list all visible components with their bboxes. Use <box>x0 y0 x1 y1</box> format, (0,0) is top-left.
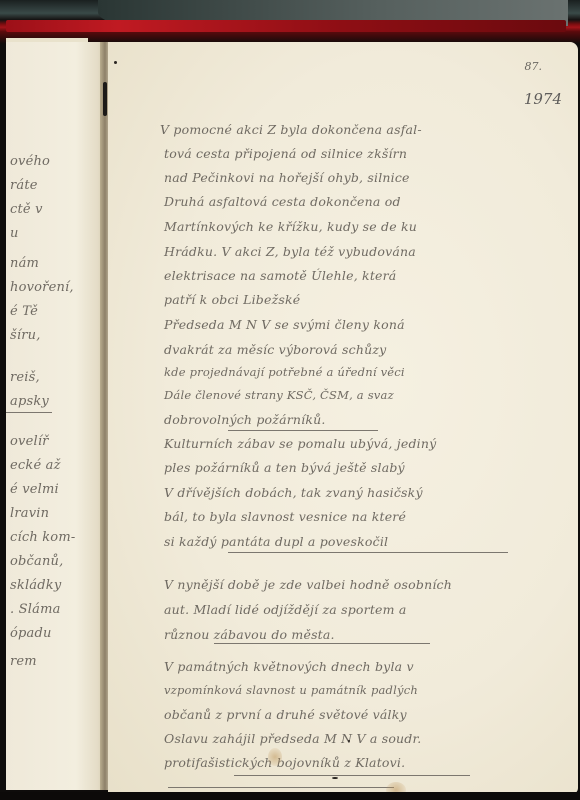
section-underline <box>234 775 470 776</box>
section-underline <box>228 552 508 553</box>
text-line: bál, to byla slavnost vesnice na které <box>164 509 406 524</box>
left-page-line: apsky <box>10 394 49 409</box>
text-line: kde projednávají potřebné a úřední věci <box>164 365 405 379</box>
section-underline <box>228 430 378 431</box>
left-page-line: občanů, <box>10 554 63 569</box>
section-underline <box>168 787 394 788</box>
left-page-line: nám <box>10 256 39 271</box>
left-page-line: skládky <box>10 578 61 593</box>
binding-stitch <box>103 82 107 116</box>
text-line: ples požárníků a ten bývá ještě slabý <box>164 460 405 475</box>
left-page-line: lravin <box>10 506 49 521</box>
text-line: elektrisace na samotě Úlehle, která <box>164 268 396 283</box>
text-line: vzpomínková slavnost u památník padlých <box>164 683 418 697</box>
text-line: patří k obci Libežské <box>164 292 300 307</box>
left-page-line: ecké až <box>10 458 61 473</box>
left-page-top-edge <box>6 38 88 42</box>
text-line: aut. Mladí lidé odjíždějí za sportem a <box>164 602 407 617</box>
left-page-line: é Tě <box>10 304 38 319</box>
text-line: V dřívějších dobách, tak zvaný hasičský <box>164 485 423 500</box>
right-page: 87. 1974 V pomocné akci Z byla dokončena… <box>108 42 578 794</box>
left-page-line: ráte <box>10 178 38 193</box>
text-line: V nynější době je zde valbei hodně osobn… <box>164 577 452 592</box>
left-page-line: ctě v <box>10 202 43 217</box>
text-line: protifašistických bojovníků z Klatovi. <box>164 755 405 770</box>
left-page-line: cích kom- <box>10 530 75 545</box>
text-line: nad Pečinkovi na hořejší ohyb, silnice <box>164 170 410 185</box>
ink-spot <box>348 740 350 742</box>
ink-smudge <box>332 777 338 779</box>
text-line: dvakrát za měsíc výborová schůzy <box>164 342 386 357</box>
red-book-binding <box>6 20 566 32</box>
text-line: Oslavu zahájil předseda M N V a soudr. <box>164 731 421 746</box>
text-line: V pomocné akci Z byla dokončena asfal- <box>160 122 422 137</box>
text-line: dobrovolných požárníků. <box>164 412 326 427</box>
book-cover-bottom-edge <box>0 792 580 800</box>
ink-spot <box>114 61 117 64</box>
year-heading: 1974 <box>524 90 562 108</box>
text-line: Druhá asfaltová cesta dokončena od <box>164 194 401 209</box>
section-underline <box>214 643 430 644</box>
text-line: Martínkových ke křížku, kudy se de ku <box>164 219 417 234</box>
left-page-line: ového <box>10 154 50 169</box>
left-page-line: ovelíř <box>10 434 49 449</box>
left-page-line: rem <box>10 654 37 669</box>
left-page-line: ópadu <box>10 626 52 641</box>
text-line: Dále členové strany KSČ, ČSM, a svaz <box>164 388 394 402</box>
text-line: Hrádku. V akci Z, byla též vybudována <box>164 244 416 259</box>
text-line: Kulturních zábav se pomalu ubývá, jediný <box>164 436 436 451</box>
left-page-line: u <box>10 226 19 241</box>
left-page-line: šíru, <box>10 328 41 343</box>
text-line: občanů z první a druhé světové války <box>164 707 407 722</box>
text-line: V památných květnových dnech byla v <box>164 659 414 674</box>
left-page-underline <box>6 412 52 413</box>
left-page-line: hovoření, <box>10 280 74 295</box>
text-line: Předseda M N V se svými členy koná <box>164 317 405 332</box>
text-line: tová cesta připojená od silnice zkšírn <box>164 146 407 161</box>
text-line: si každý pantáta dupl a poveskočil <box>164 534 388 549</box>
left-page-line: . Sláma <box>10 602 61 617</box>
left-page: ového ráte ctě v u nám hovoření, é Tě ší… <box>6 42 106 790</box>
left-page-line: é velmi <box>10 482 59 497</box>
left-page-line: reiš, <box>10 370 40 385</box>
text-line: různou zábavou do města. <box>164 627 335 642</box>
page-number: 87. <box>525 60 543 73</box>
paper-stain <box>268 748 282 766</box>
